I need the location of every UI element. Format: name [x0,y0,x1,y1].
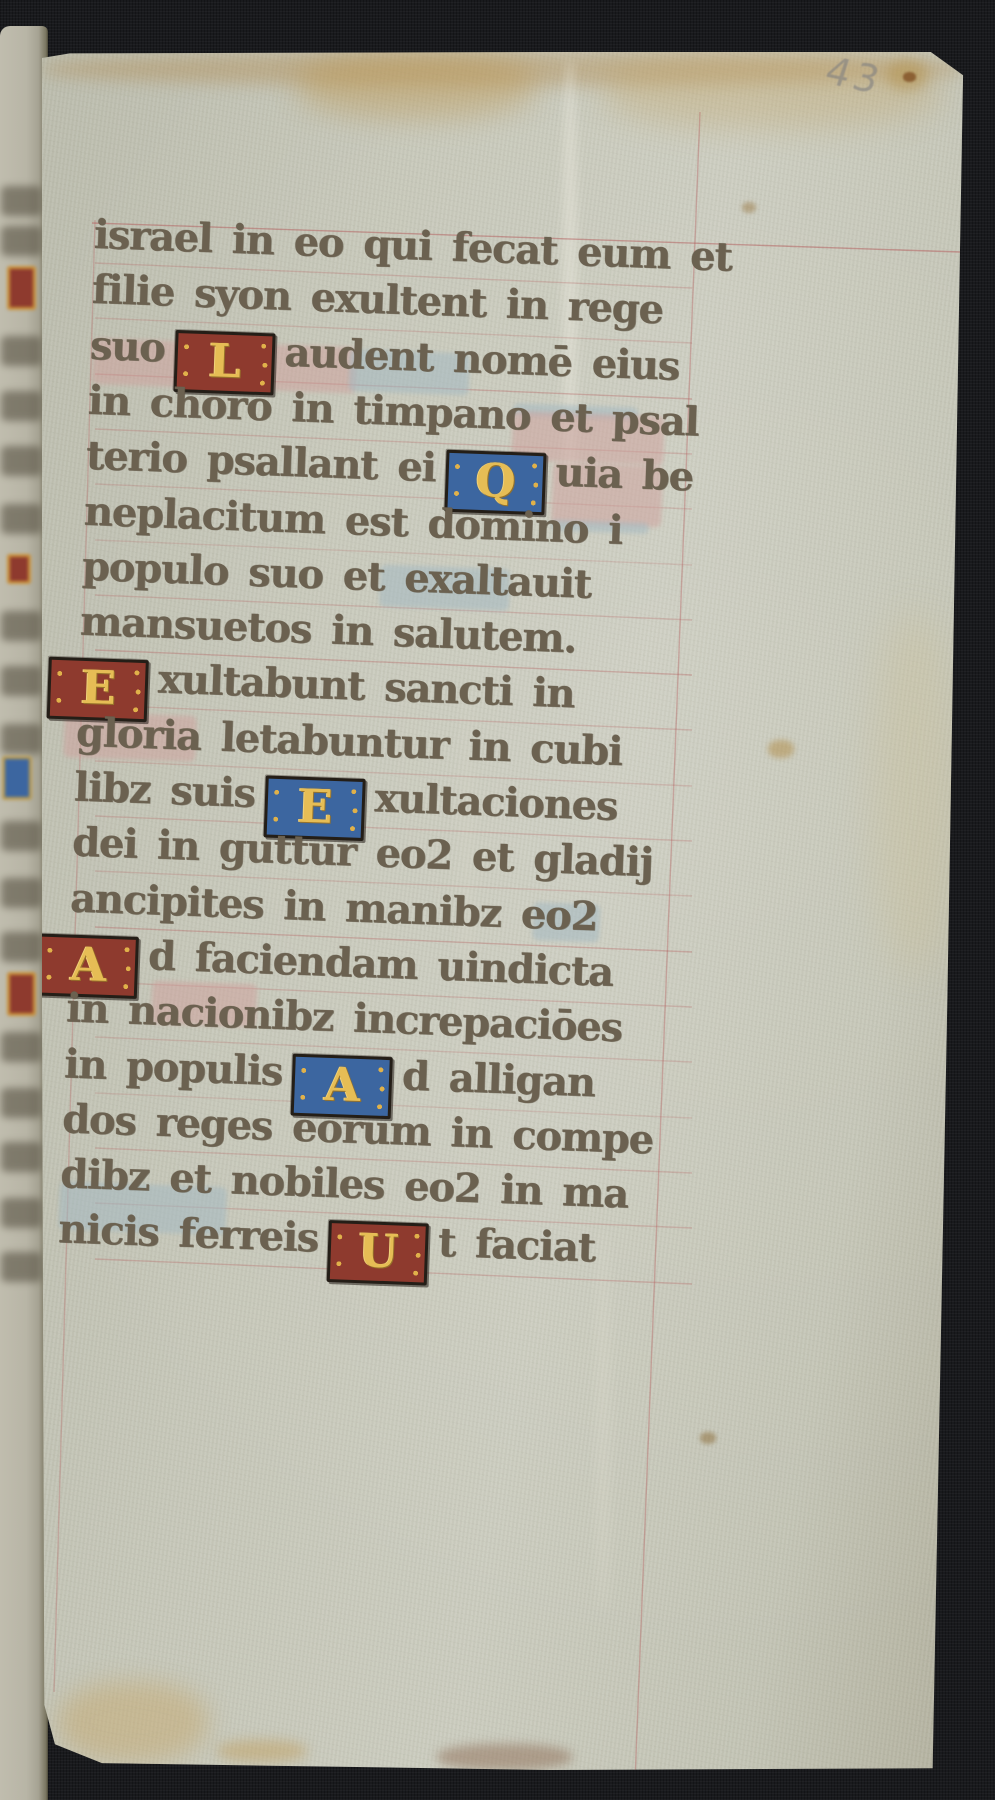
edge-text-fragment [1,504,42,534]
edge-initial-fragment [7,554,31,584]
edge-text-fragment [1,1198,42,1228]
edge-text-fragment [1,932,42,962]
line-text: uia be [555,449,694,501]
line-text: in populis [64,1040,284,1095]
edge-initial-fragment [7,266,36,310]
edge-text-fragment [1,724,42,754]
edge-text-fragment [1,186,42,216]
edge-text-fragment [1,446,42,476]
line-text: libz suis [73,764,255,817]
edge-text-fragment [1,226,42,256]
edge-text-fragment [1,391,42,421]
line-text: xultabunt sancti in [157,656,575,718]
line-text: terio psallant ei [85,432,436,491]
line-text: audent nomē eius [284,328,680,389]
line-text: xultaciones [374,774,618,830]
text-block: israel in eo qui fecat eum etfilie syon … [55,208,725,1350]
edge-initial-fragment [2,756,32,800]
edge-text-fragment [1,611,42,641]
edge-text-fragment [1,666,42,696]
line-text: suo [89,322,165,372]
edge-text-fragment [1,821,42,851]
edge-text-fragment [1,1142,42,1172]
manuscript-page: 43 israel in eo qui fecat eum etfilie sy… [42,52,964,1770]
edge-initial-fragment [7,972,36,1016]
edge-text-fragment [1,1032,42,1062]
initial-letter: U [330,1224,426,1279]
edge-text-fragment [1,878,42,908]
facing-page-edge [0,26,48,1800]
edge-text-fragment [1,336,42,366]
line-text: d alligan [401,1052,595,1106]
edge-text-fragment [1,1252,42,1282]
edge-text-fragment [1,1088,42,1118]
line-text: t faciat [437,1219,596,1272]
illuminated-initial: U [327,1220,429,1286]
line-text: nicis ferreis [58,1206,319,1262]
photograph-black-mat: 43 israel in eo qui fecat eum etfilie sy… [0,0,995,1800]
